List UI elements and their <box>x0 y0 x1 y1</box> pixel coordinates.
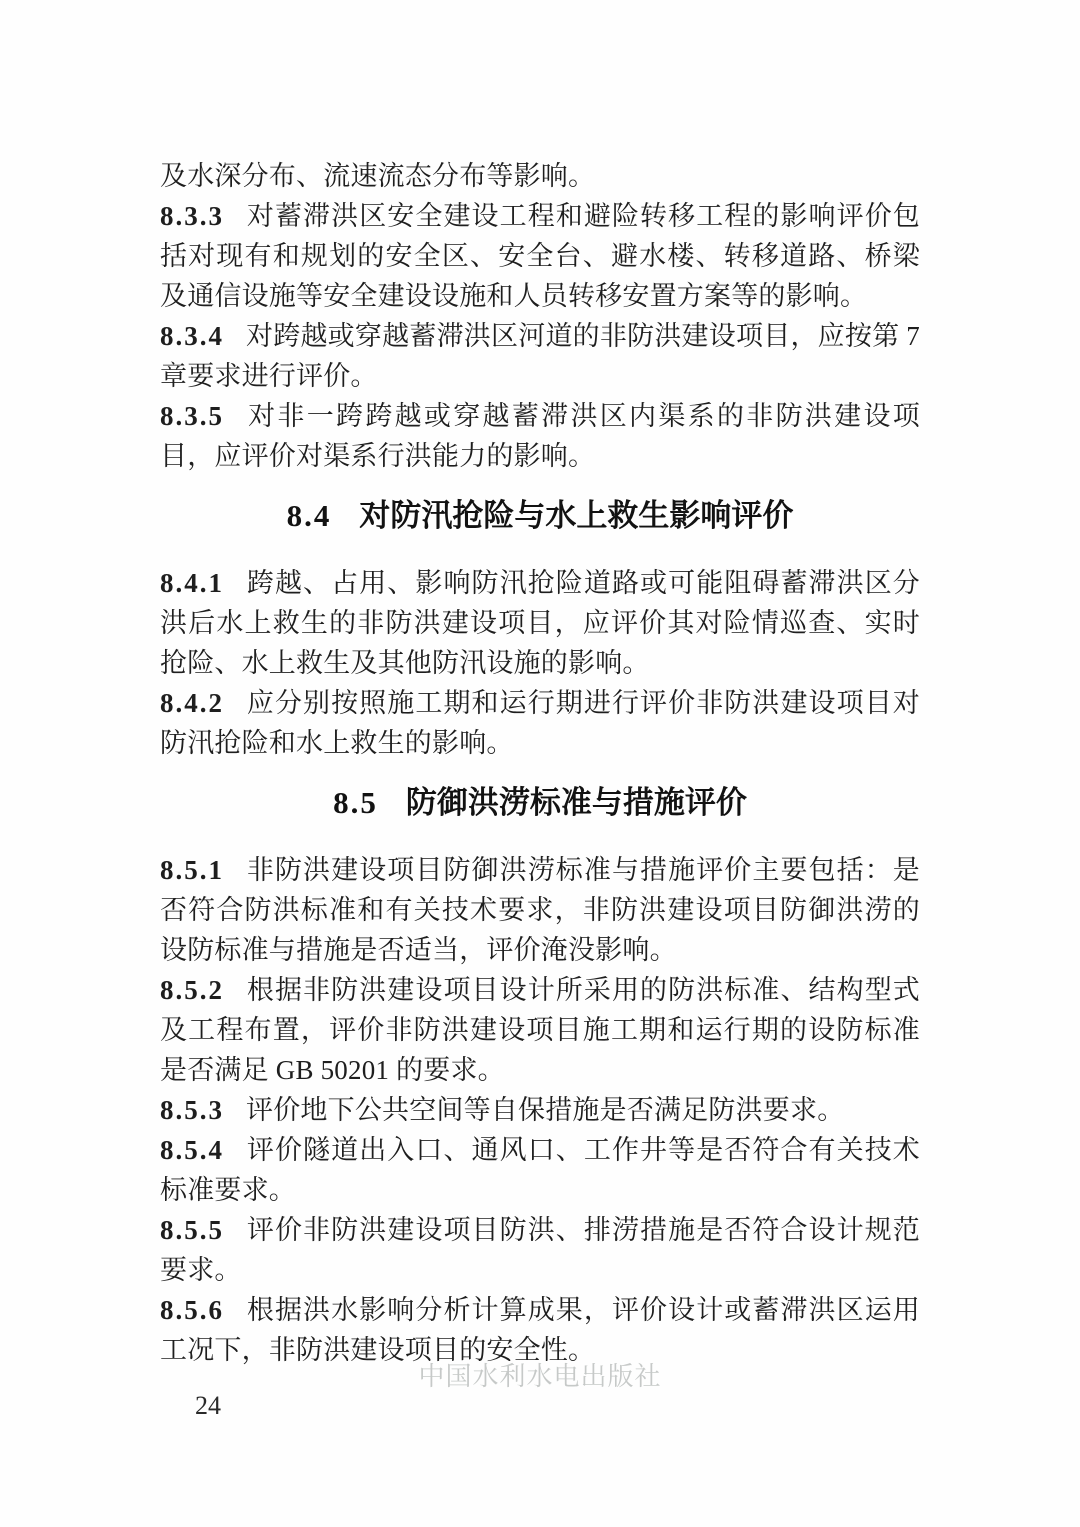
clause-paragraph-8-5-3: 8.5.3评价地下公共空间等自保措施是否满足防洪要求。 <box>160 1090 920 1130</box>
clause-number: 8.5.3 <box>160 1095 224 1125</box>
section-heading-8-5: 8.5防御洪涝标准与措施评价 <box>160 783 920 823</box>
clause-number: 8.5.1 <box>160 855 224 885</box>
clause-paragraph-8-4-2: 8.4.2应分别按照施工期和运行期进行评价非防洪建设项目对防汛抢险和水上救生的影… <box>160 683 920 763</box>
clause-paragraph-8-3-5: 8.3.5对非一跨跨越或穿越蓄滞洪区内渠系的非防洪建设项目，应评价对渠系行洪能力… <box>160 396 920 476</box>
clause-text: 评价隧道出入口、通风口、工作井等是否符合有关技术标准要求。 <box>160 1135 920 1205</box>
section-number: 8.4 <box>287 498 332 533</box>
clause-paragraph-8-5-6: 8.5.6根据洪水影响分析计算成果，评价设计或蓄滞洪区运用工况下，非防洪建设项目… <box>160 1290 920 1370</box>
clause-number: 8.3.3 <box>160 201 224 231</box>
clause-number: 8.5.6 <box>160 1295 224 1325</box>
clause-text: 评价地下公共空间等自保措施是否满足防洪要求。 <box>246 1095 844 1125</box>
clause-text: 非防洪建设项目防御洪涝标准与措施评价主要包括：是否符合防洪标准和有关技术要求，非… <box>160 855 920 965</box>
clause-number: 8.3.4 <box>160 321 224 351</box>
clause-text: 对非一跨跨越或穿越蓄滞洪区内渠系的非防洪建设项目，应评价对渠系行洪能力的影响。 <box>160 401 920 471</box>
clause-text: 根据洪水影响分析计算成果，评价设计或蓄滞洪区运用工况下，非防洪建设项目的安全性。 <box>160 1295 920 1365</box>
clause-text: 对蓄滞洪区安全建设工程和避险转移工程的影响评价包括对现有和规划的安全区、安全台、… <box>160 201 920 311</box>
clause-text: 跨越、占用、影响防汛抢险道路或可能阻碍蓄滞洪区分洪后水上救生的非防洪建设项目，应… <box>160 568 920 678</box>
clause-text: 对跨越或穿越蓄滞洪区河道的非防洪建设项目，应按第 7 章要求进行评价。 <box>160 321 920 391</box>
clause-number: 8.5.2 <box>160 975 224 1005</box>
clause-paragraph-8-5-1: 8.5.1非防洪建设项目防御洪涝标准与措施评价主要包括：是否符合防洪标准和有关技… <box>160 850 920 970</box>
clause-paragraph-8-3-4: 8.3.4对跨越或穿越蓄滞洪区河道的非防洪建设项目，应按第 7 章要求进行评价。 <box>160 316 920 396</box>
clause-text: 评价非防洪建设项目防洪、排涝措施是否符合设计规范要求。 <box>160 1215 920 1285</box>
section-number: 8.5 <box>333 785 378 820</box>
clause-number: 8.5.4 <box>160 1135 224 1165</box>
clause-text: 应分别按照施工期和运行期进行评价非防洪建设项目对防汛抢险和水上救生的影响。 <box>160 688 920 758</box>
section-title: 对防汛抢险与水上救生影响评价 <box>359 498 793 533</box>
clause-number: 8.5.5 <box>160 1215 224 1245</box>
clause-paragraph-8-4-1: 8.4.1跨越、占用、影响防汛抢险道路或可能阻碍蓄滞洪区分洪后水上救生的非防洪建… <box>160 563 920 683</box>
clause-paragraph-8-5-5: 8.5.5评价非防洪建设项目防洪、排涝措施是否符合设计规范要求。 <box>160 1210 920 1290</box>
clause-number: 8.3.5 <box>160 401 224 431</box>
paragraph-continuation: 及水深分布、流速流态分布等影响。 <box>160 156 920 196</box>
section-heading-8-4: 8.4对防汛抢险与水上救生影响评价 <box>160 496 920 536</box>
text-column: 及水深分布、流速流态分布等影响。 8.3.3对蓄滞洪区安全建设工程和避险转移工程… <box>160 156 920 1370</box>
clause-paragraph-8-3-3: 8.3.3对蓄滞洪区安全建设工程和避险转移工程的影响评价包括对现有和规划的安全区… <box>160 196 920 316</box>
clause-paragraph-8-5-4: 8.5.4评价隧道出入口、通风口、工作井等是否符合有关技术标准要求。 <box>160 1130 920 1210</box>
clause-number: 8.4.1 <box>160 568 224 598</box>
document-page: 及水深分布、流速流态分布等影响。 8.3.3对蓄滞洪区安全建设工程和避险转移工程… <box>0 0 1080 1527</box>
clause-text: 根据非防洪建设项目设计所采用的防洪标准、结构型式及工程布置，评价非防洪建设项目施… <box>160 975 920 1085</box>
clause-paragraph-8-5-2: 8.5.2根据非防洪建设项目设计所采用的防洪标准、结构型式及工程布置，评价非防洪… <box>160 970 920 1090</box>
section-title: 防御洪涝标准与措施评价 <box>406 785 747 820</box>
clause-number: 8.4.2 <box>160 688 224 718</box>
page-number: 24 <box>195 1391 221 1421</box>
